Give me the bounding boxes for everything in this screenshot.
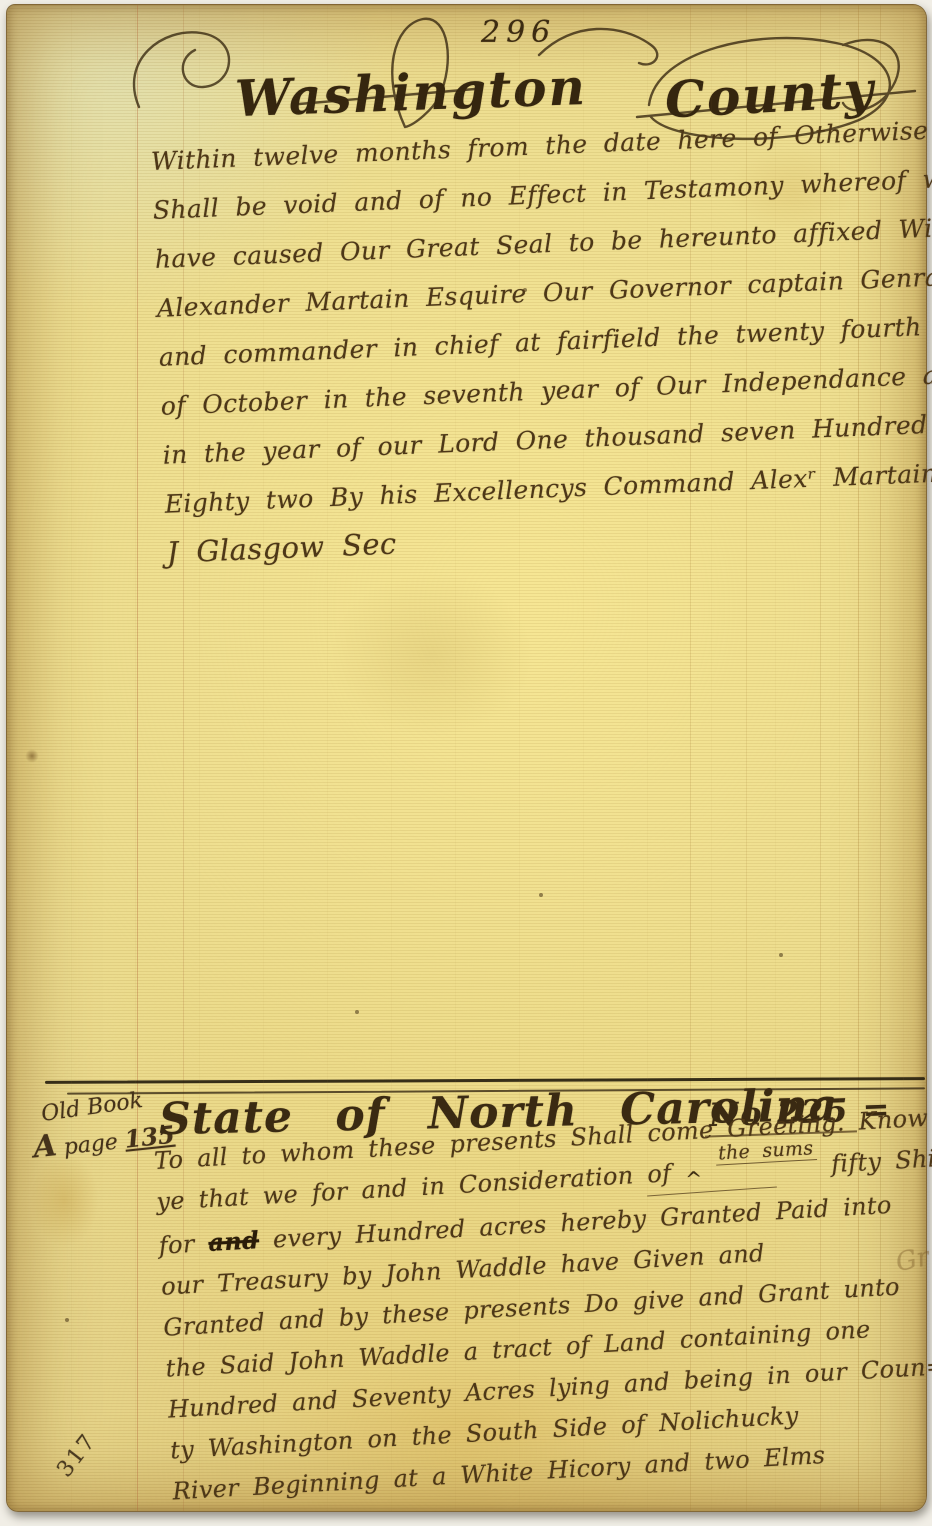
grant-waddle-paragraph: To all to whom these presents Shall come… — [153, 1094, 932, 1513]
line-text-before: for — [158, 1230, 195, 1260]
interlinear-insertion: the sums — [715, 1137, 817, 1166]
book-letter: A — [32, 1128, 59, 1165]
ink-speck — [355, 1010, 359, 1014]
ink-speck — [65, 1318, 69, 1322]
grant-1782-paragraph: Within twelve months from the date here … — [150, 100, 932, 578]
stain — [297, 545, 567, 765]
ink-speck — [779, 953, 783, 957]
page-number: 296 — [481, 15, 556, 50]
margin-number-317: 317 — [52, 1429, 101, 1482]
stain — [23, 747, 41, 765]
line-text-after: fifty Shillings — [830, 1141, 932, 1179]
struck-out-word: and — [208, 1225, 260, 1257]
scanned-document: { "document": { "page_number": "296", "h… — [0, 0, 932, 1526]
page-word: page — [63, 1130, 120, 1161]
margin-rule-line — [137, 5, 138, 1511]
caret-mark: ^ — [685, 1166, 703, 1191]
header-county-name: Washington — [234, 57, 588, 128]
ledger-page: 296 Washington County Within twelve mont… — [6, 4, 927, 1512]
ink-speck — [539, 893, 543, 897]
